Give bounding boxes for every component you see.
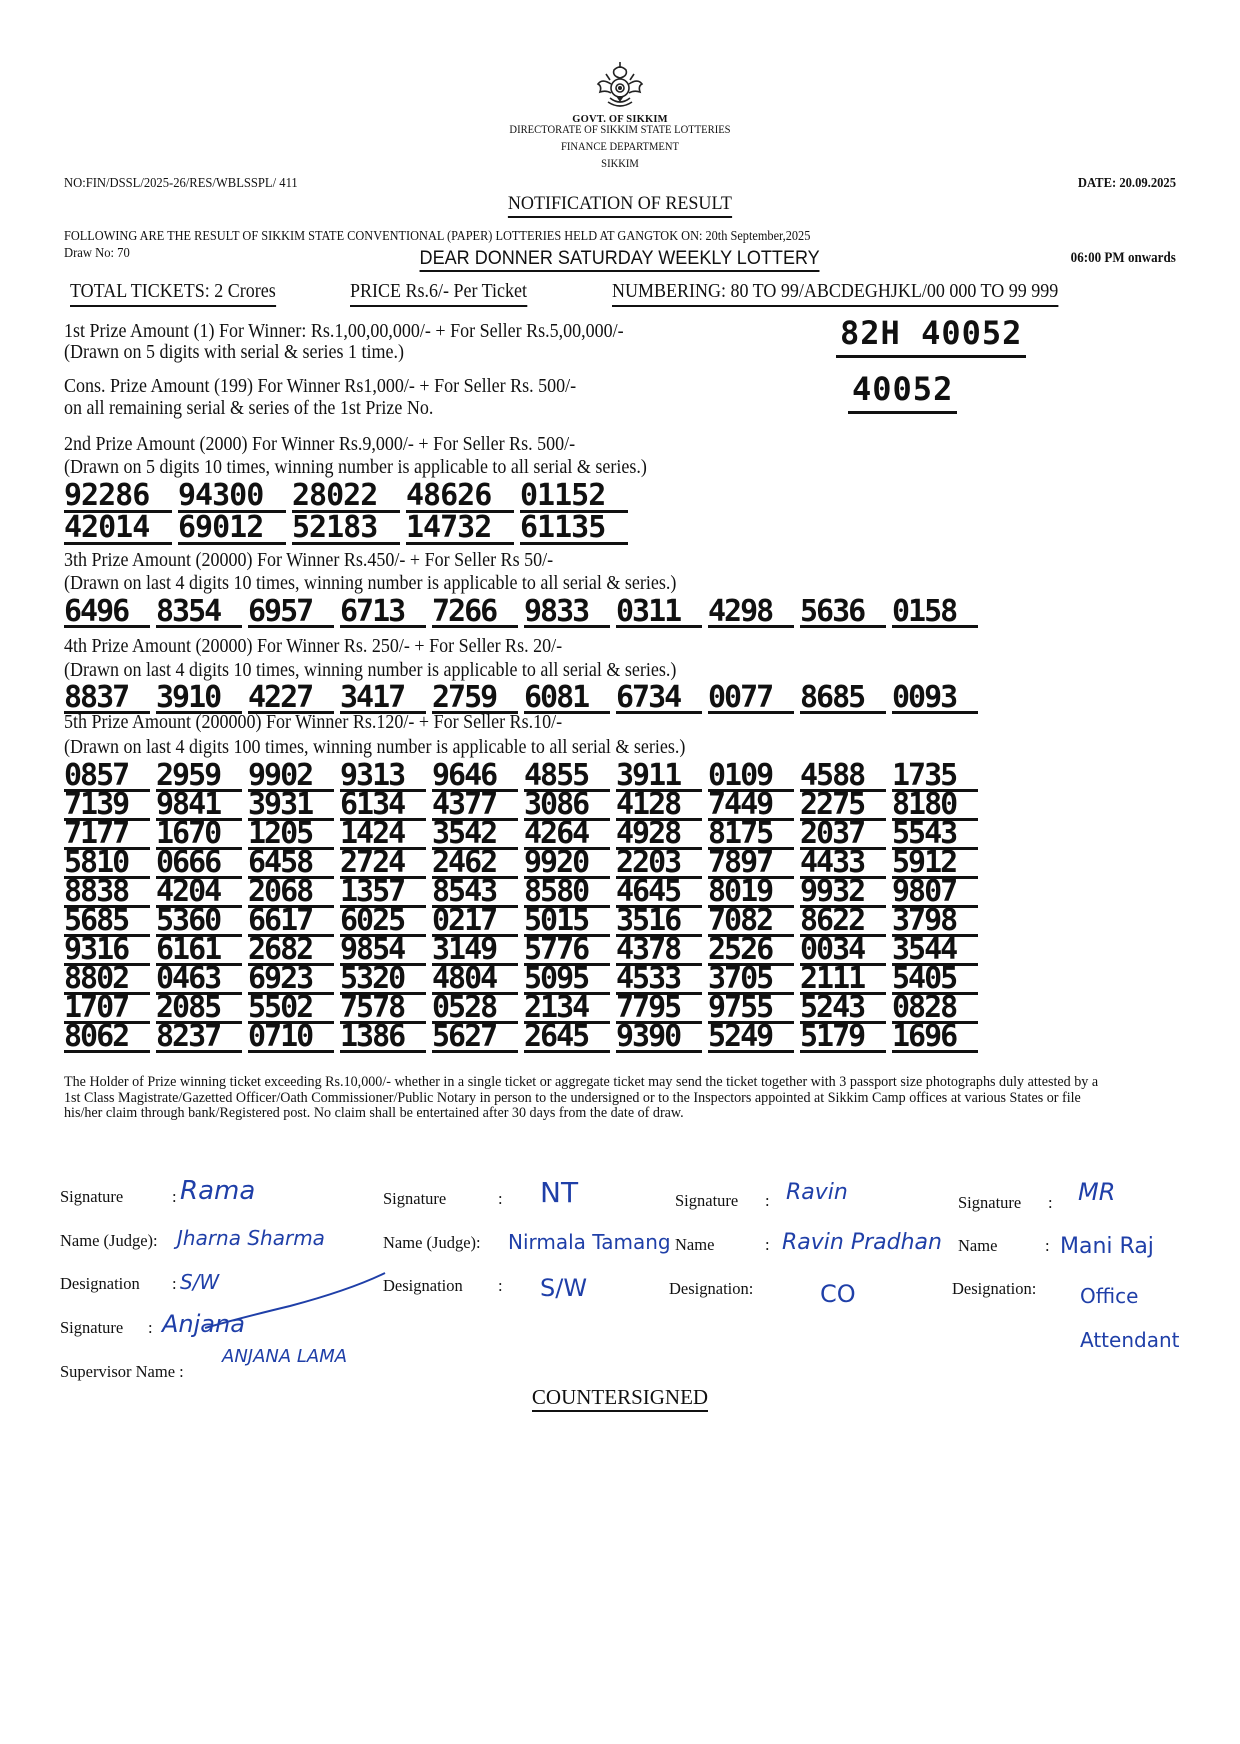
winning-number: 5636 <box>800 598 886 628</box>
colon: : <box>172 1274 177 1294</box>
second-prize-desc: 2nd Prize Amount (2000) For Winner Rs.9,… <box>64 433 575 455</box>
winning-number: 8837 <box>64 684 150 714</box>
first-prize-note: (Drawn on 5 digits with serial & series … <box>64 341 404 363</box>
sikkim-emblem-icon <box>592 60 648 112</box>
second-prize-note: (Drawn on 5 digits 10 times, winning num… <box>64 456 647 478</box>
page-title: NOTIFICATION OF RESULT <box>0 193 1240 218</box>
second-prize-row: 4201469012521831473261135 <box>64 514 628 545</box>
winning-number: 5249 <box>708 1023 794 1053</box>
official4-name: Mani Raj <box>1060 1234 1154 1259</box>
fifth-prize-note: (Drawn on last 4 digits 100 times, winni… <box>64 736 685 758</box>
winning-number: 5179 <box>800 1023 886 1053</box>
judge1-signature-label: Signature <box>60 1187 123 1207</box>
judge2-designation-label: Designation <box>383 1276 463 1296</box>
first-prize-desc: 1st Prize Amount (1) For Winner: Rs.1,00… <box>64 320 624 342</box>
winning-number: 4227 <box>248 684 334 714</box>
colon: : <box>1045 1236 1050 1256</box>
winning-number: 48626 <box>406 482 514 513</box>
org-department: FINANCE DEPARTMENT <box>50 141 1191 153</box>
winning-number: 6713 <box>340 598 426 628</box>
official4-designation-label: Designation: <box>952 1279 1036 1299</box>
reference-number: NO:FIN/DSSL/2025-26/RES/WBLSSPL/ 411 <box>64 176 298 192</box>
winning-number: 2759 <box>432 684 518 714</box>
colon: : <box>765 1191 770 1211</box>
second-prize-row: 9228694300280224862601152 <box>64 482 628 513</box>
fifth-prize-desc: 5th Prize Amount (200000) For Winner Rs.… <box>64 711 562 733</box>
winning-number: 8237 <box>156 1023 242 1053</box>
judge2-designation: S/W <box>540 1274 587 1302</box>
cons-prize-desc: Cons. Prize Amount (199) For Winner Rs1,… <box>64 375 576 397</box>
official3-signature-label: Signature <box>675 1191 738 1211</box>
winning-number: 0077 <box>708 684 794 714</box>
official3-name-label: Name <box>675 1235 714 1255</box>
winning-number: 9833 <box>524 598 610 628</box>
winning-number: 01152 <box>520 482 628 513</box>
colon: : <box>172 1187 177 1207</box>
winning-number: 6496 <box>64 598 150 628</box>
winning-number: 6957 <box>248 598 334 628</box>
winning-number: 3417 <box>340 684 426 714</box>
winning-number: 69012 <box>178 514 286 545</box>
claim-notice: The Holder of Prize winning ticket excee… <box>64 1075 1107 1122</box>
winning-number: 8685 <box>800 684 886 714</box>
result-notification-page: GOVT. OF SIKKIM DIRECTORATE OF SIKKIM ST… <box>0 0 1240 1744</box>
official3-designation-label: Designation: <box>669 1279 753 1299</box>
supervisor-signature-label: Signature <box>60 1318 123 1338</box>
notification-date: DATE: 20.09.2025 <box>1078 176 1176 192</box>
judge2-signature: NT <box>540 1176 578 1209</box>
third-prize-desc: 3th Prize Amount (20000) For Winner Rs.4… <box>64 549 553 571</box>
colon: : <box>498 1189 503 1209</box>
winning-number: 6734 <box>616 684 702 714</box>
countersigned-label: COUNTERSIGNED <box>0 1385 1240 1412</box>
official4-designation: Office Attendant <box>1080 1274 1210 1362</box>
third-prize-row: 6496835469576713726698330311429856360158 <box>64 598 978 628</box>
third-prize-note: (Drawn on last 4 digits 10 times, winnin… <box>64 572 676 594</box>
supervisor-name-label: Supervisor Name : <box>60 1362 184 1382</box>
official3-name: Ravin Pradhan <box>782 1230 942 1255</box>
ticket-numbering: NUMBERING: 80 TO 99/ABCDEGHJKL/00 000 TO… <box>612 280 1058 307</box>
winning-number: 42014 <box>64 514 172 545</box>
winning-number: 5627 <box>432 1023 518 1053</box>
supervisor-name: ANJANA LAMA <box>222 1346 347 1367</box>
colon: : <box>148 1318 153 1338</box>
winning-number: 6081 <box>524 684 610 714</box>
first-prize-number: 82H 40052 <box>836 314 1026 358</box>
judge2-signature-label: Signature <box>383 1189 446 1209</box>
cons-prize-note: on all remaining serial & series of the … <box>64 397 433 419</box>
winning-number: 1696 <box>892 1023 978 1053</box>
winning-number: 61135 <box>520 514 628 545</box>
fourth-prize-note: (Drawn on last 4 digits 10 times, winnin… <box>64 659 676 681</box>
cons-prize-number: 40052 <box>848 370 957 414</box>
winning-number: 0158 <box>892 598 978 628</box>
fourth-prize-row: 8837391042273417275960816734007786850093 <box>64 684 978 714</box>
winning-number: 94300 <box>178 482 286 513</box>
winning-number: 92286 <box>64 482 172 513</box>
judge1-designation-label: Designation <box>60 1274 140 1294</box>
official4-signature-label: Signature <box>958 1193 1021 1213</box>
winning-number: 28022 <box>292 482 400 513</box>
winning-number: 14732 <box>406 514 514 545</box>
held-at-statement: FOLLOWING ARE THE RESULT OF SIKKIM STATE… <box>64 229 810 245</box>
winning-number: 8062 <box>64 1023 150 1053</box>
ticket-price: PRICE Rs.6/- Per Ticket <box>350 280 527 307</box>
judge1-signature: Rama <box>180 1176 255 1206</box>
fifth-prize-row: 8062823707101386562726459390524951791696 <box>64 1023 978 1053</box>
org-directorate: DIRECTORATE OF SIKKIM STATE LOTTERIES <box>50 124 1191 136</box>
draw-time: 06:00 PM onwards <box>1071 250 1176 267</box>
signature-flourish-icon <box>200 1268 390 1338</box>
winning-number: 8354 <box>156 598 242 628</box>
winning-number: 1386 <box>340 1023 426 1053</box>
winning-number: 52183 <box>292 514 400 545</box>
lottery-name: DEAR DONNER SATURDAY WEEKLY LOTTERY <box>0 248 1240 272</box>
winning-number: 0311 <box>616 598 702 628</box>
fourth-prize-desc: 4th Prize Amount (20000) For Winner Rs. … <box>64 635 562 657</box>
winning-number: 7266 <box>432 598 518 628</box>
official3-signature: Ravin <box>786 1180 848 1205</box>
judge1-name: Jharna Sharma <box>177 1226 325 1250</box>
org-state: SIKKIM <box>50 158 1191 170</box>
winning-number: 2645 <box>524 1023 610 1053</box>
winning-number: 4298 <box>708 598 794 628</box>
colon: : <box>498 1276 503 1296</box>
colon: : <box>1048 1193 1053 1213</box>
winning-number: 3910 <box>156 684 242 714</box>
judge2-name: Nirmala Tamang <box>508 1230 671 1254</box>
winning-number: 9390 <box>616 1023 702 1053</box>
winning-number: 0710 <box>248 1023 334 1053</box>
total-tickets: TOTAL TICKETS: 2 Crores <box>70 280 276 307</box>
official4-signature: MR <box>1078 1178 1115 1206</box>
judge2-name-label: Name (Judge): <box>383 1233 481 1253</box>
official4-name-label: Name <box>958 1236 997 1256</box>
winning-number: 0093 <box>892 684 978 714</box>
official3-designation: CO <box>820 1280 856 1308</box>
colon: : <box>765 1235 770 1255</box>
judge1-name-label: Name (Judge): <box>60 1231 158 1251</box>
